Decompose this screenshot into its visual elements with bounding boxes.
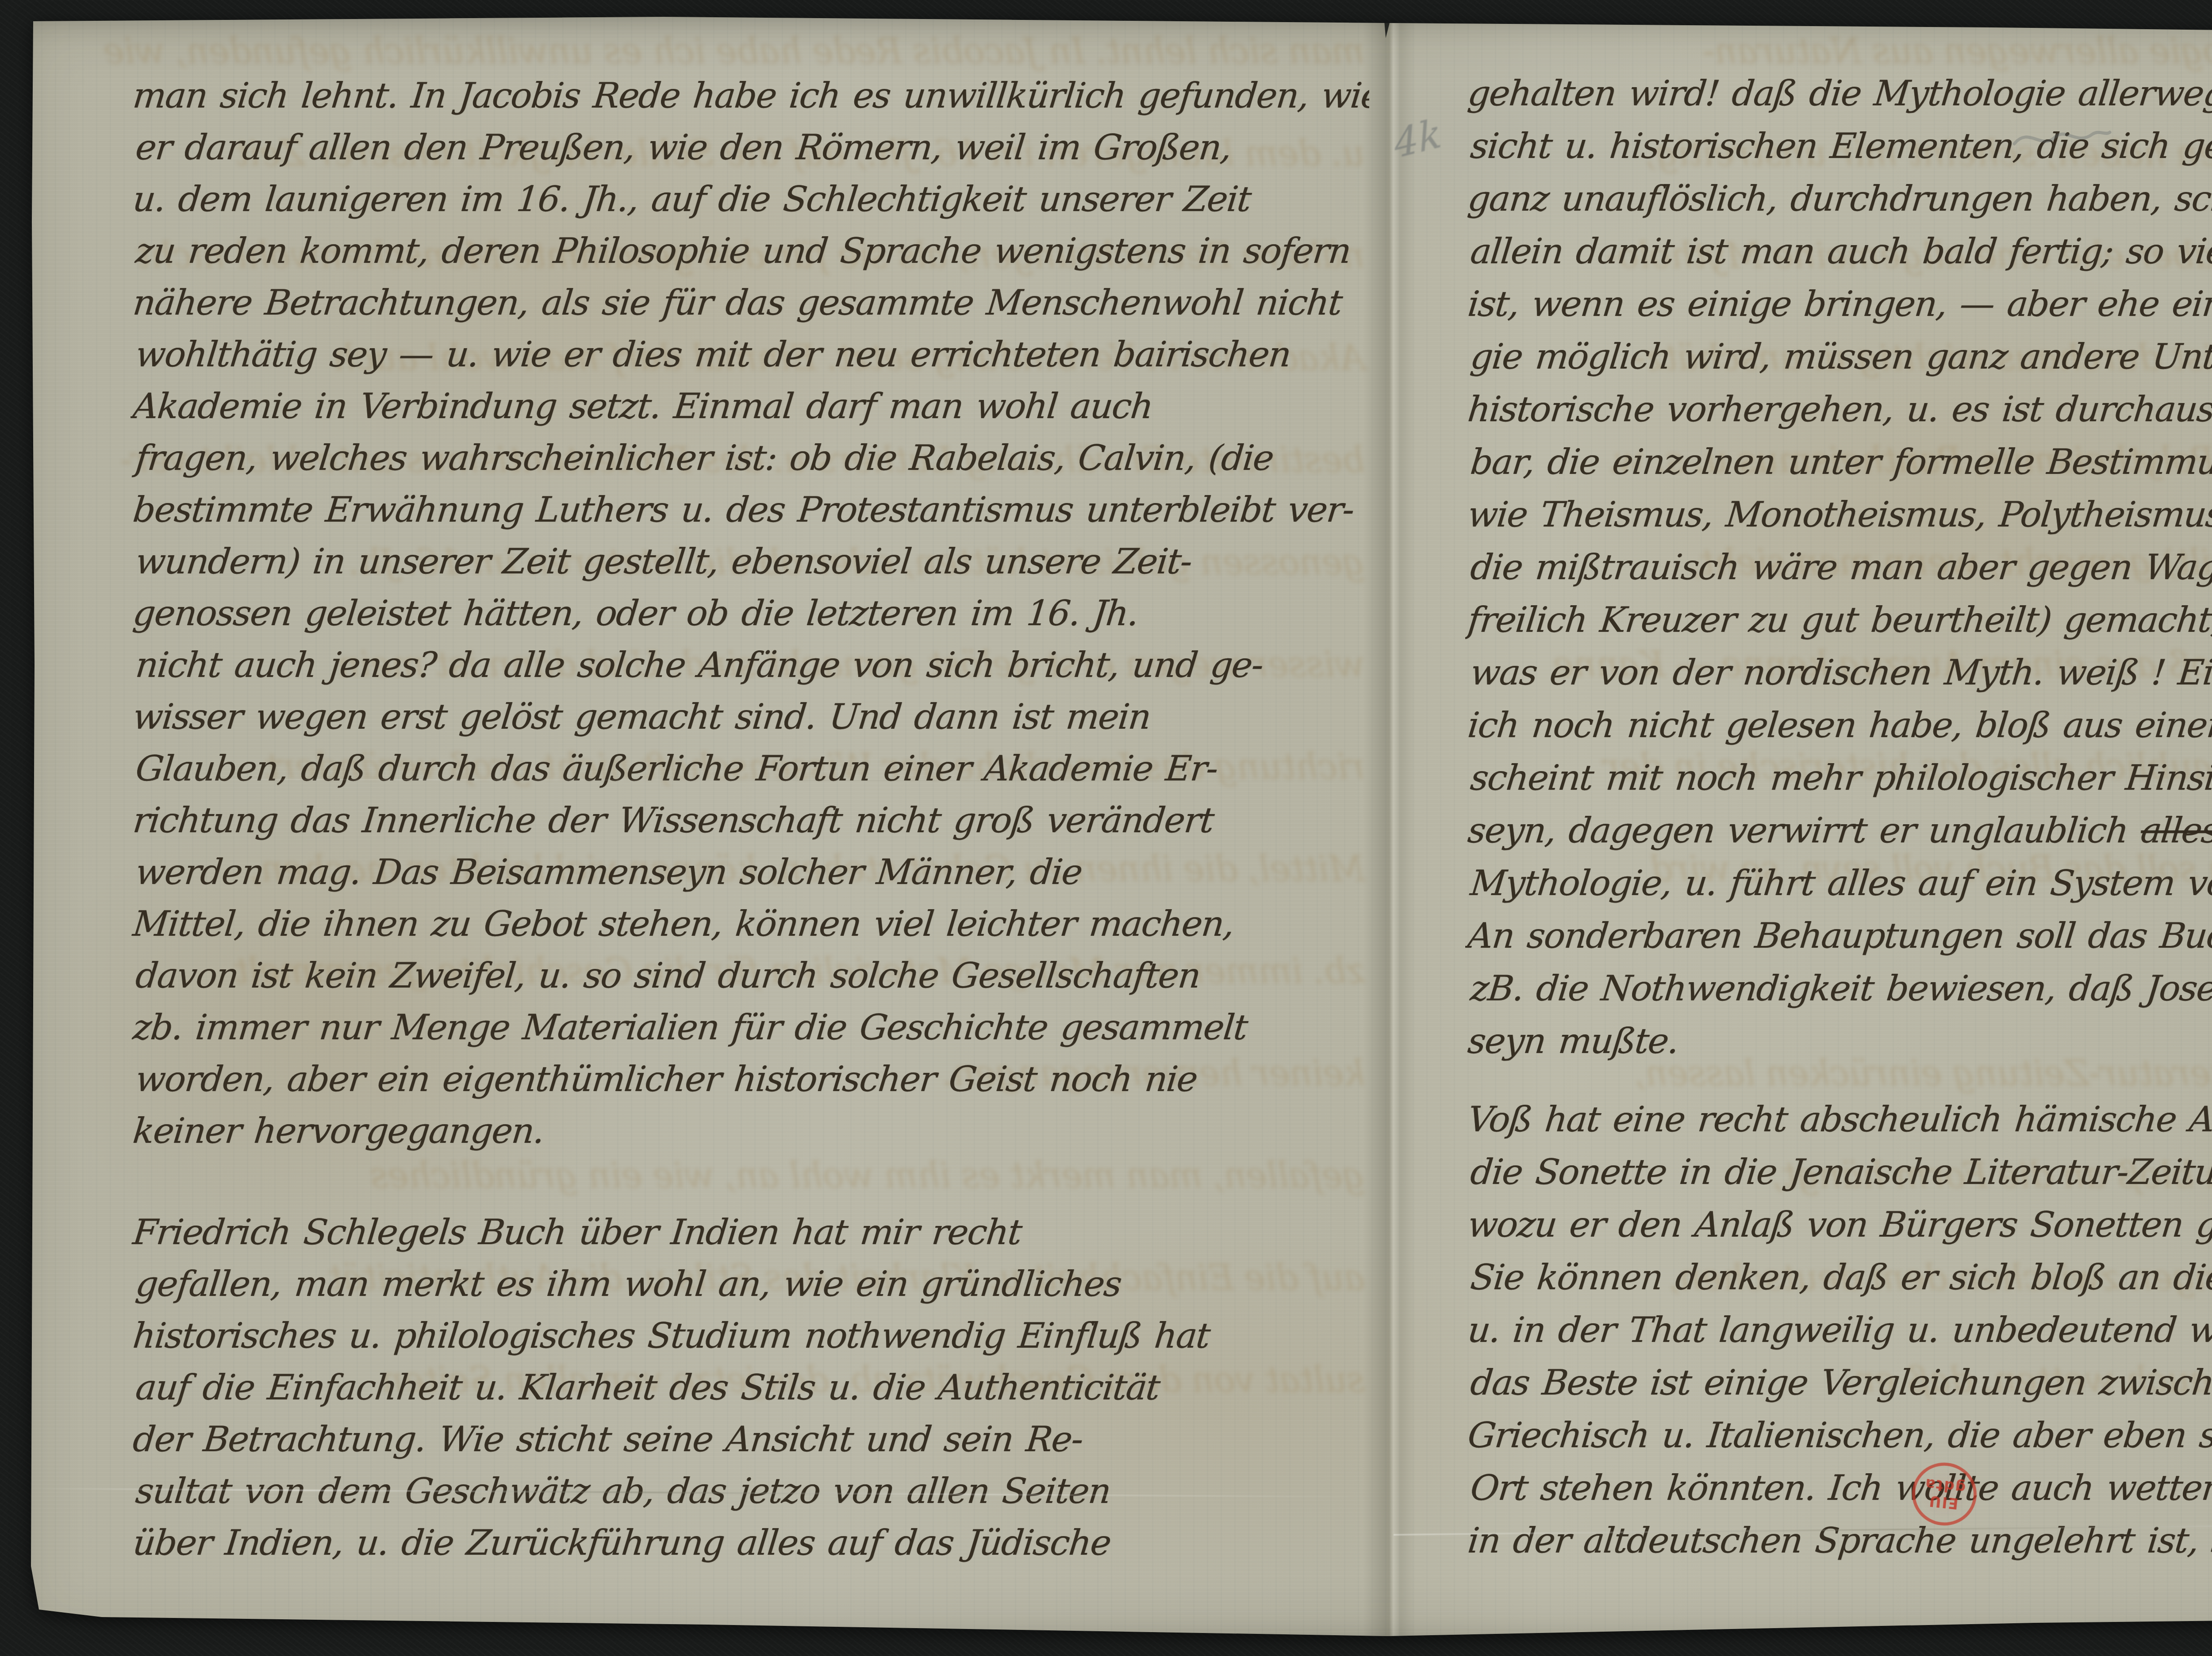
- handwriting-line: Ort stehen könnten. Ich wollte auch wett…: [1468, 1462, 2212, 1514]
- handwriting-line: Mythologie, u. führt alles auf ein Syste…: [1468, 857, 2212, 910]
- handwriting-line: das Beste ist einige Vergleichungen zwis…: [1468, 1356, 2212, 1409]
- handwriting-line: sultat von dem Geschwätz ab, das jetzo v…: [133, 1465, 1369, 1517]
- handwriting-line: seyn mußte.: [1465, 1015, 2212, 1068]
- right-paragraph-2: Voß hat eine recht abscheulich hämische …: [1465, 1093, 2212, 1567]
- handwriting-line: seyn, dagegen verwirrt er unglaublich al…: [1465, 804, 2212, 857]
- center-fold: [1363, 13, 1416, 1641]
- handwriting-line: der Betrachtung. Wie sticht seine Ansich…: [131, 1414, 1369, 1465]
- handwriting-line: zb. immer nur Menge Materialien für die …: [131, 1002, 1369, 1053]
- handwriting-line: nähere Betrachtungen, als sie für das ge…: [131, 277, 1369, 329]
- scan-mat-background: man sich lehnt. In Jacobis Rede habe ich…: [0, 0, 2212, 1656]
- pencil-squiggle-mark: [2011, 113, 2112, 161]
- handwriting-line: auf die Einfachheit u. Klarheit des Stil…: [133, 1362, 1369, 1414]
- left-page-text: man sich lehnt. In Jacobis Rede habe ich…: [131, 70, 1369, 1592]
- handwriting-line: Griechisch u. Italienischen, die aber eb…: [1465, 1409, 2212, 1462]
- handwriting-line: Glauben, daß durch das äußerliche Fortun…: [133, 743, 1369, 795]
- handwriting-line: wundern) in unserer Zeit gestellt, ebens…: [133, 536, 1369, 588]
- handwriting-line: wozu er den Anlaß von Bürgers Sonetten g…: [1465, 1199, 2212, 1251]
- handwriting-line: An sonderbaren Behauptungen soll das Buc…: [1465, 910, 2212, 962]
- handwriting-line: davon ist kein Zweifel, u. so sind durch…: [133, 950, 1369, 1002]
- handwriting-line: bar, die einzelnen unter formelle Bestim…: [1468, 436, 2212, 488]
- handwriting-line: in der altdeutschen Sprache ungelehrt is…: [1465, 1514, 2212, 1567]
- handwriting-line: u. in der That langweilig u. unbedeutend…: [1465, 1304, 2212, 1356]
- handwriting-line: keiner hervorgegangen.: [131, 1105, 1369, 1157]
- handwriting-line: bestimmte Erwähnung Luthers u. des Prote…: [131, 484, 1369, 536]
- handwriting-line: Voß hat eine recht abscheulich hämische …: [1465, 1093, 2212, 1146]
- left-paragraph-1: man sich lehnt. In Jacobis Rede habe ich…: [131, 70, 1369, 1157]
- handwriting-line: wohlthätig sey — u. wie er dies mit der …: [133, 329, 1369, 380]
- handwriting-line: genossen geleistet hätten, oder ob die l…: [131, 588, 1369, 639]
- right-page-text: gehalten wird! daß die Mythologie allerw…: [1465, 67, 2212, 1616]
- handwriting-line: werden mag. Das Beisammenseyn solcher Mä…: [133, 846, 1369, 898]
- handwriting-line: allein damit ist man auch bald fertig; s…: [1468, 225, 2212, 278]
- left-paragraph-2: Friedrich Schlegels Buch über Indien hat…: [131, 1206, 1369, 1569]
- stamp-text: EIU gdta: [1922, 1475, 1967, 1512]
- handwriting-line: Sie können denken, daß er sich bloß an d…: [1468, 1251, 2212, 1304]
- right-page: gehalten wird! daß die Mythologie allerw…: [1389, 0, 2212, 1656]
- letter-sheet: man sich lehnt. In Jacobis Rede habe ich…: [0, 0, 2212, 1656]
- handwriting-line: historisches u. philologisches Studium n…: [131, 1310, 1369, 1362]
- handwriting-line: Friedrich Schlegels Buch über Indien hat…: [131, 1206, 1369, 1258]
- handwriting-line: man sich lehnt. In Jacobis Rede habe ich…: [131, 70, 1369, 122]
- handwriting-line: ganz unauflöslich, durchdrungen haben, s…: [1465, 173, 2212, 225]
- left-page: man sich lehnt. In Jacobis Rede habe ich…: [0, 0, 1365, 1656]
- handwriting-line: ist, wenn es einige bringen, — aber ehe …: [1465, 278, 2212, 330]
- handwriting-line: wisser wegen erst gelöst gemacht sind. U…: [131, 691, 1369, 743]
- handwriting-line: die mißtrauisch wäre man aber gegen Wagn…: [1468, 541, 2212, 594]
- handwriting-line: freilich Kreuzer zu gut beurtheilt) gema…: [1465, 594, 2212, 646]
- handwriting-line: richtung das Innerliche der Wissenschaft…: [131, 795, 1369, 846]
- right-paragraph-1: gehalten wird! daß die Mythologie allerw…: [1465, 67, 2212, 1068]
- handwriting-line: die Sonette in die Jenaische Literatur-Z…: [1468, 1146, 2212, 1199]
- handwriting-line: gehalten wird! daß die Mythologie allerw…: [1465, 67, 2212, 120]
- handwriting-line: gefallen, man merkt es ihm wohl an, wie …: [133, 1258, 1369, 1310]
- handwriting-line: nicht auch jenes? da alle solche Anfänge…: [133, 639, 1369, 691]
- handwriting-line: u. dem launigeren im 16. Jh., auf die Sc…: [131, 173, 1369, 225]
- handwriting-line: historische vorhergehen, u. es ist durch…: [1465, 383, 2212, 436]
- letter-sheet-wrap: man sich lehnt. In Jacobis Rede habe ich…: [0, 0, 2212, 1656]
- handwriting-line: gie möglich wird, müssen ganz andere Unt…: [1468, 330, 2212, 383]
- handwriting-line: über Indien, u. die Zurückführung alles …: [131, 1517, 1369, 1569]
- handwriting-line: zB. die Nothwendigkeit bewiesen, daß Jos…: [1468, 962, 2212, 1015]
- handwriting-line: was er von der nordischen Myth. weiß ! E…: [1468, 646, 2212, 699]
- handwriting-line: worden, aber ein eigenthümlicher histori…: [133, 1053, 1369, 1105]
- handwriting-line: Mittel, die ihnen zu Gebot stehen, könne…: [131, 898, 1369, 950]
- handwriting-line: er darauf allen den Preußen, wie den Röm…: [133, 122, 1369, 173]
- handwriting-line: Akademie in Verbindung setzt. Einmal dar…: [131, 380, 1369, 432]
- handwriting-line: fragen, welches wahrscheinlicher ist: ob…: [133, 432, 1369, 484]
- handwriting-line: scheint mit noch mehr philologischer Hin…: [1468, 752, 2212, 804]
- handwriting-line: zu reden kommt, deren Philosophie und Sp…: [133, 225, 1369, 277]
- handwriting-line: ich noch nicht gelesen habe, bloß aus ei…: [1465, 699, 2212, 752]
- handwriting-line: wie Theismus, Monotheismus, Polytheismus…: [1465, 488, 2212, 541]
